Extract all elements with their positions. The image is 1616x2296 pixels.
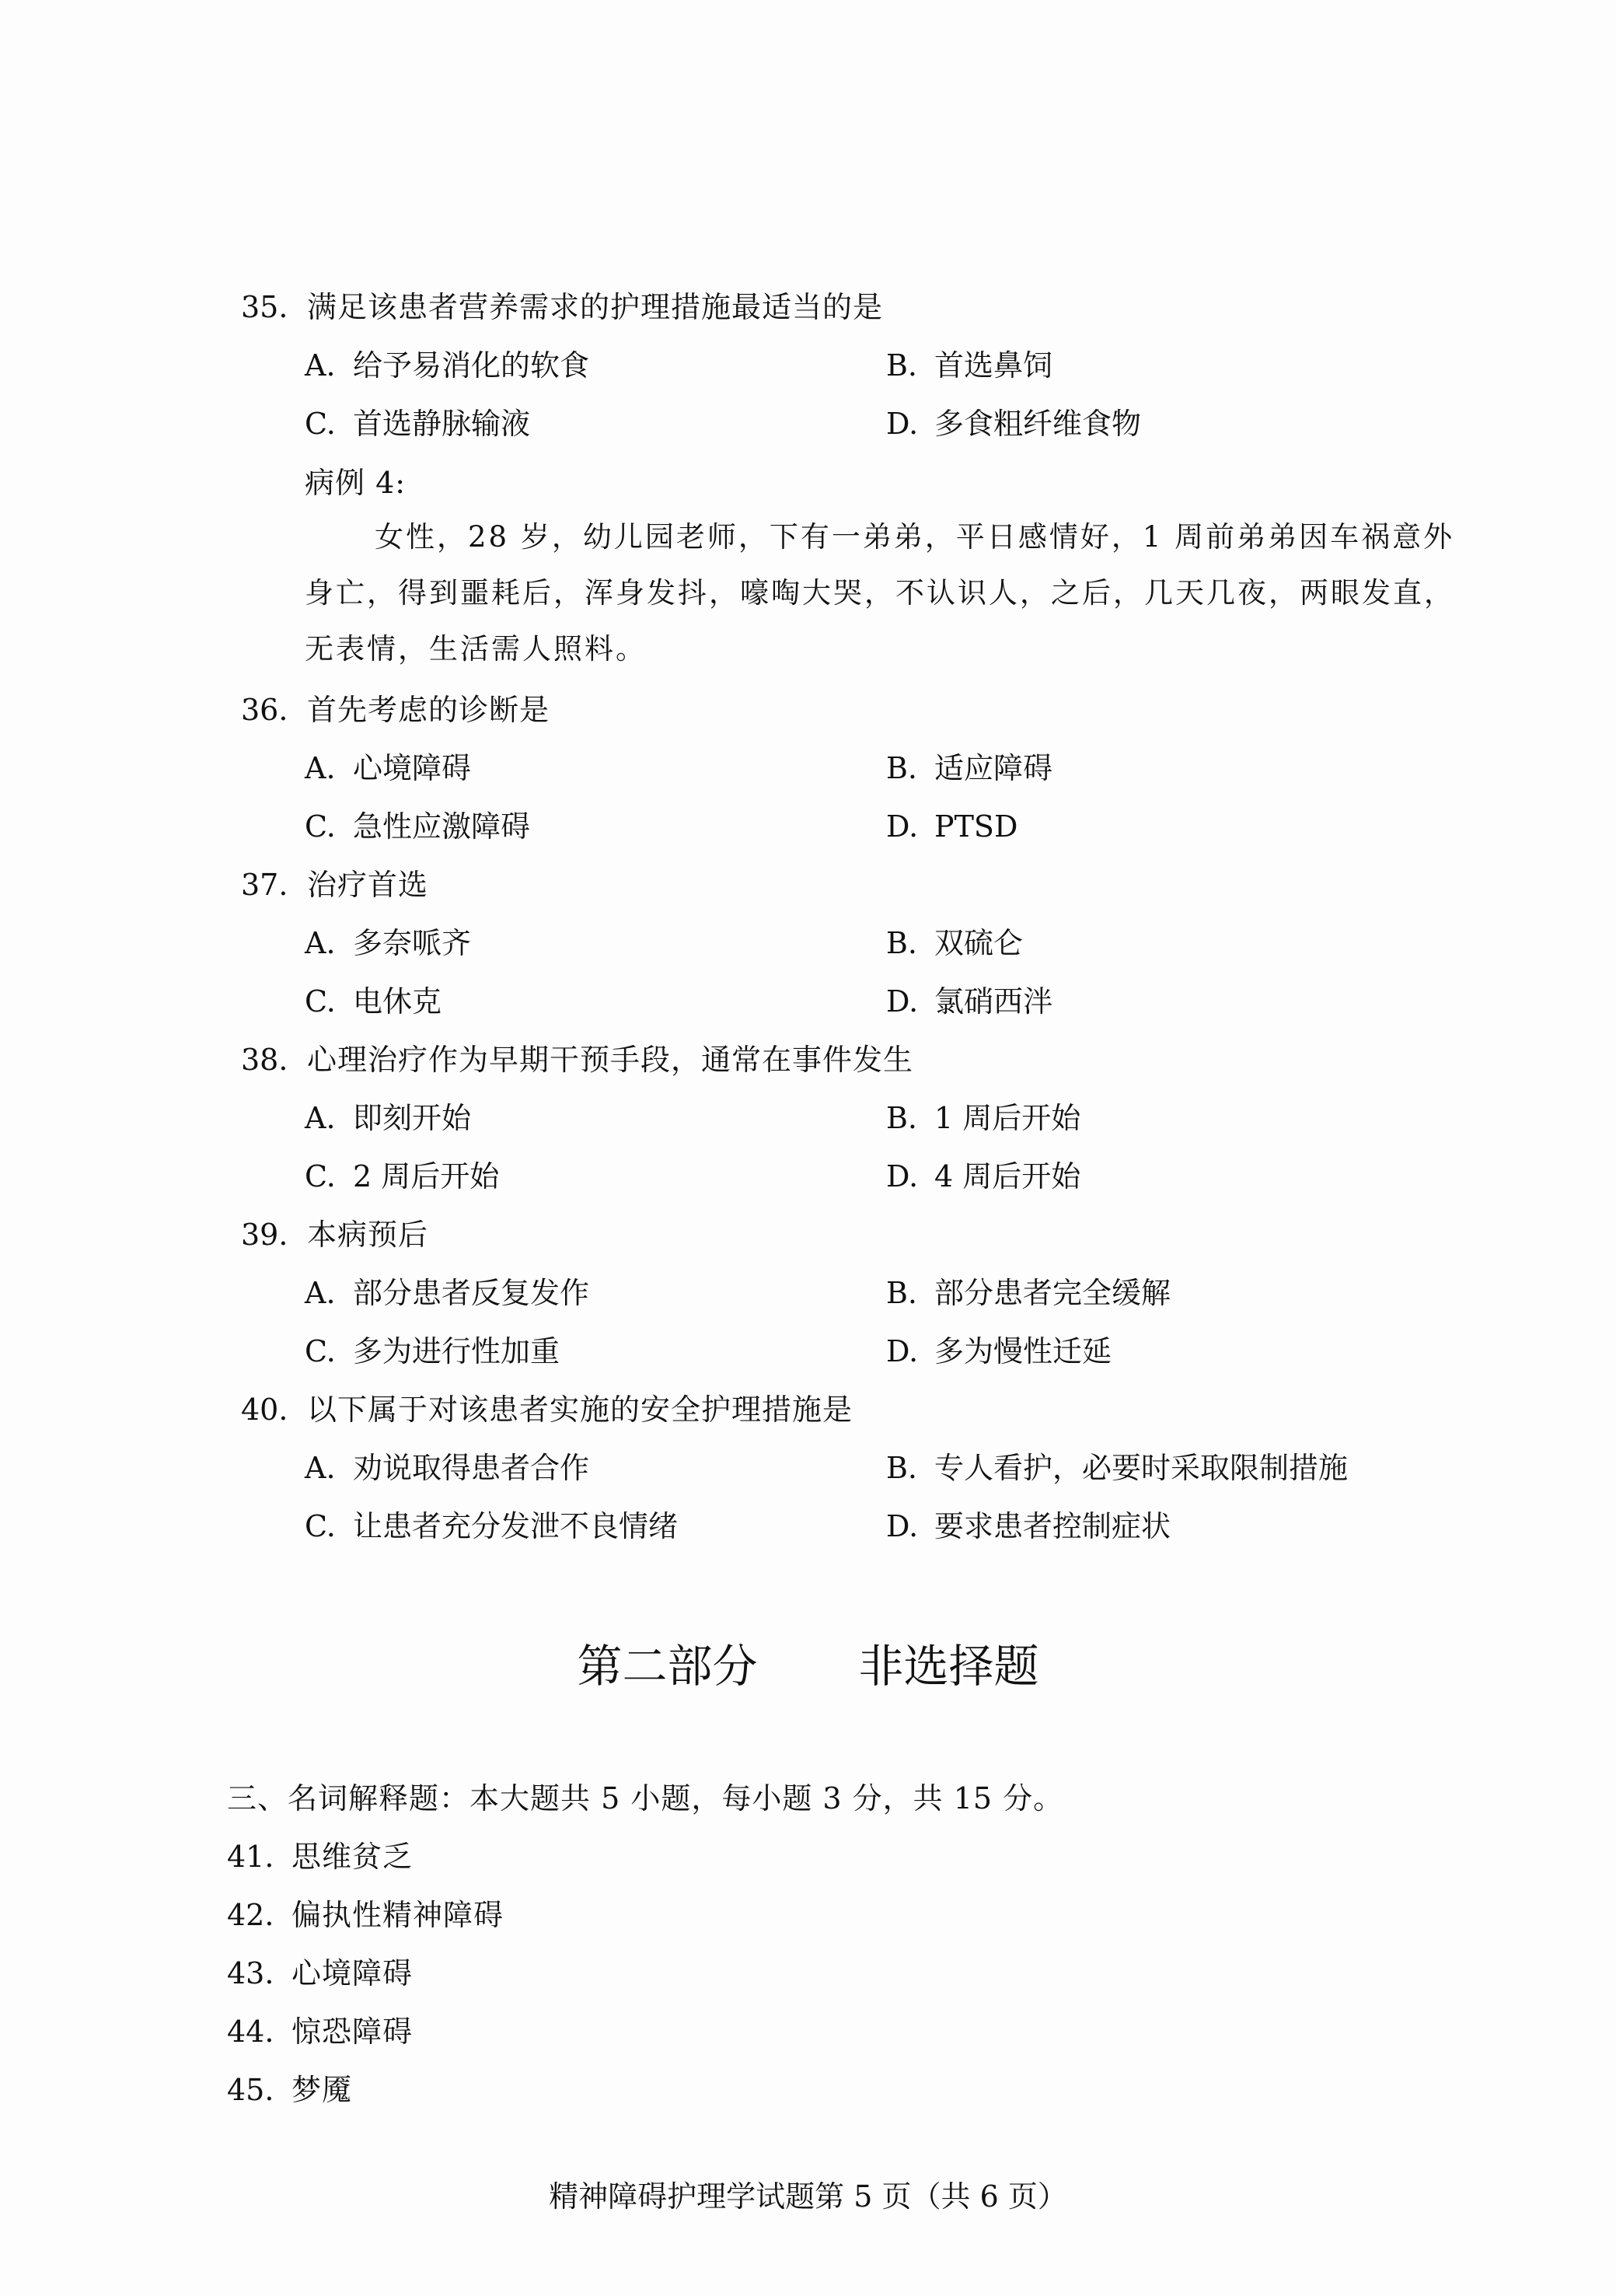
option-text: 让患者充分发泄不良情绪 bbox=[353, 1509, 678, 1543]
question-number: 40. bbox=[241, 1392, 288, 1428]
section-instruction: 三、名词解释题：本大题共 5 小题，每小题 3 分，共 15 分。 bbox=[227, 1781, 1063, 1816]
option-label: B. bbox=[886, 1100, 934, 1136]
option-d: D.PTSD bbox=[886, 809, 1017, 844]
option-label: A. bbox=[305, 1275, 353, 1311]
option-text: 即刻开始 bbox=[353, 1101, 471, 1135]
option-label: A. bbox=[305, 750, 353, 786]
option-d: D.多食粗纤维食物 bbox=[886, 406, 1141, 442]
question-text: 治疗首选 bbox=[307, 867, 428, 903]
question-text: 惊恐障碍 bbox=[291, 2014, 413, 2050]
question-number: 44. bbox=[227, 2014, 274, 2050]
question-text: 梦魇 bbox=[291, 2072, 352, 2108]
option-label: C. bbox=[305, 984, 353, 1019]
option-text: 部分患者完全缓解 bbox=[934, 1276, 1171, 1310]
question-text: 思维贫乏 bbox=[291, 1839, 413, 1875]
question-number: 35. bbox=[241, 289, 288, 325]
question-number: 37. bbox=[241, 867, 288, 903]
question-text: 心境障碍 bbox=[291, 1955, 413, 1991]
option-text: 多为慢性迁延 bbox=[934, 1334, 1112, 1368]
option-label: A. bbox=[305, 1100, 353, 1136]
option-c: C.首选静脉输液 bbox=[305, 406, 530, 442]
option-c: C.电休克 bbox=[305, 984, 442, 1019]
option-c: C.多为进行性加重 bbox=[305, 1333, 560, 1369]
option-label: D. bbox=[886, 406, 934, 442]
option-text: 适应障碍 bbox=[934, 751, 1052, 785]
option-label: C. bbox=[305, 1508, 353, 1544]
question-text: 偏执性精神障碍 bbox=[291, 1897, 504, 1933]
option-label: A. bbox=[305, 925, 353, 961]
option-a: A.即刻开始 bbox=[305, 1100, 471, 1136]
question-text: 满足该患者营养需求的护理措施最适当的是 bbox=[307, 289, 883, 325]
option-text: 多为进行性加重 bbox=[353, 1334, 560, 1368]
option-label: D. bbox=[886, 1158, 934, 1194]
option-text: 专人看护，必要时采取限制措施 bbox=[934, 1451, 1348, 1485]
question-text: 以下属于对该患者实施的安全护理措施是 bbox=[307, 1392, 853, 1428]
question-number: 36. bbox=[241, 692, 288, 728]
question-number: 38. bbox=[241, 1042, 288, 1078]
option-text: 首选鼻饲 bbox=[934, 348, 1052, 383]
question-number: 42. bbox=[227, 1897, 274, 1933]
option-label: C. bbox=[305, 809, 353, 844]
option-text: 多食粗纤维食物 bbox=[934, 407, 1141, 441]
option-b: B.首选鼻饲 bbox=[886, 348, 1052, 383]
option-label: C. bbox=[305, 406, 353, 442]
option-text: 双硫仑 bbox=[934, 926, 1023, 960]
option-text: 电休克 bbox=[353, 984, 442, 1019]
case-title: 病例 4: bbox=[305, 465, 406, 501]
option-label: B. bbox=[886, 925, 934, 961]
case-line-1: 女性，28 岁，幼儿园老师，下有一弟弟，平日感情好，1 周前弟弟因车祸意外 bbox=[305, 519, 1533, 555]
option-b: B.1 周后开始 bbox=[886, 1100, 1080, 1136]
question-text: 心理治疗作为早期干预手段，通常在事件发生 bbox=[307, 1042, 913, 1078]
option-text: 劝说取得患者合作 bbox=[353, 1451, 589, 1485]
option-b: B.双硫仑 bbox=[886, 925, 1023, 961]
section-heading: 第二部分非选择题 bbox=[0, 1639, 1616, 1693]
option-label: B. bbox=[886, 1275, 934, 1311]
option-label: D. bbox=[886, 1333, 934, 1369]
option-label: D. bbox=[886, 1508, 934, 1544]
question-number: 45. bbox=[227, 2072, 274, 2108]
option-text: 2 周后开始 bbox=[353, 1159, 499, 1193]
option-d: D.4 周后开始 bbox=[886, 1158, 1080, 1194]
option-label: A. bbox=[305, 348, 353, 383]
option-label: A. bbox=[305, 1450, 353, 1486]
option-a: A.心境障碍 bbox=[305, 750, 471, 786]
option-text: 氯硝西泮 bbox=[934, 984, 1052, 1019]
option-d: D.要求患者控制症状 bbox=[886, 1508, 1171, 1544]
section-heading-type: 非选择题 bbox=[859, 1639, 1039, 1693]
option-d: D.氯硝西泮 bbox=[886, 984, 1052, 1019]
option-b: B.专人看护，必要时采取限制措施 bbox=[886, 1450, 1348, 1486]
page-footer: 精神障碍护理学试题第 5 页（共 6 页） bbox=[0, 2179, 1616, 2214]
option-label: C. bbox=[305, 1333, 353, 1369]
option-text: 急性应激障碍 bbox=[353, 809, 530, 844]
option-text: 首选静脉输液 bbox=[353, 407, 530, 441]
section-heading-part: 第二部分 bbox=[577, 1639, 757, 1693]
option-label: B. bbox=[886, 348, 934, 383]
case-line-3: 无表情，生活需人照料。 bbox=[305, 631, 1463, 667]
option-b: B.部分患者完全缓解 bbox=[886, 1275, 1171, 1311]
option-label: C. bbox=[305, 1158, 353, 1194]
option-a: A.多奈哌齐 bbox=[305, 925, 471, 961]
question-number: 41. bbox=[227, 1839, 274, 1875]
option-a: A.劝说取得患者合作 bbox=[305, 1450, 589, 1486]
option-text: 要求患者控制症状 bbox=[934, 1509, 1171, 1543]
option-text: 心境障碍 bbox=[353, 751, 471, 785]
option-label: B. bbox=[886, 1450, 934, 1486]
option-text: PTSD bbox=[934, 809, 1017, 844]
option-label: D. bbox=[886, 984, 934, 1019]
option-b: B.适应障碍 bbox=[886, 750, 1052, 786]
option-c: C.2 周后开始 bbox=[305, 1158, 499, 1194]
option-a: A.部分患者反复发作 bbox=[305, 1275, 589, 1311]
option-d: D.多为慢性迁延 bbox=[886, 1333, 1112, 1369]
option-label: D. bbox=[886, 809, 934, 844]
option-a: A.给予易消化的软食 bbox=[305, 348, 589, 383]
question-number: 39. bbox=[241, 1217, 288, 1253]
option-text: 1 周后开始 bbox=[934, 1101, 1080, 1135]
option-text: 多奈哌齐 bbox=[353, 926, 471, 960]
option-text: 给予易消化的软食 bbox=[353, 348, 589, 383]
question-text: 首先考虑的诊断是 bbox=[307, 692, 550, 728]
question-text: 本病预后 bbox=[307, 1217, 428, 1253]
option-c: C.让患者充分发泄不良情绪 bbox=[305, 1508, 678, 1544]
option-text: 部分患者反复发作 bbox=[353, 1276, 589, 1310]
question-number: 43. bbox=[227, 1955, 274, 1991]
option-label: B. bbox=[886, 750, 934, 786]
option-text: 4 周后开始 bbox=[934, 1159, 1080, 1193]
case-line-2: 身亡，得到噩耗后，浑身发抖，嚎啕大哭，不认识人，之后，几天几夜，两眼发直， bbox=[305, 575, 1463, 611]
option-c: C.急性应激障碍 bbox=[305, 809, 530, 844]
exam-page: 35. 满足该患者营养需求的护理措施最适当的是 A.给予易消化的软食 B.首选鼻… bbox=[0, 0, 1616, 2296]
